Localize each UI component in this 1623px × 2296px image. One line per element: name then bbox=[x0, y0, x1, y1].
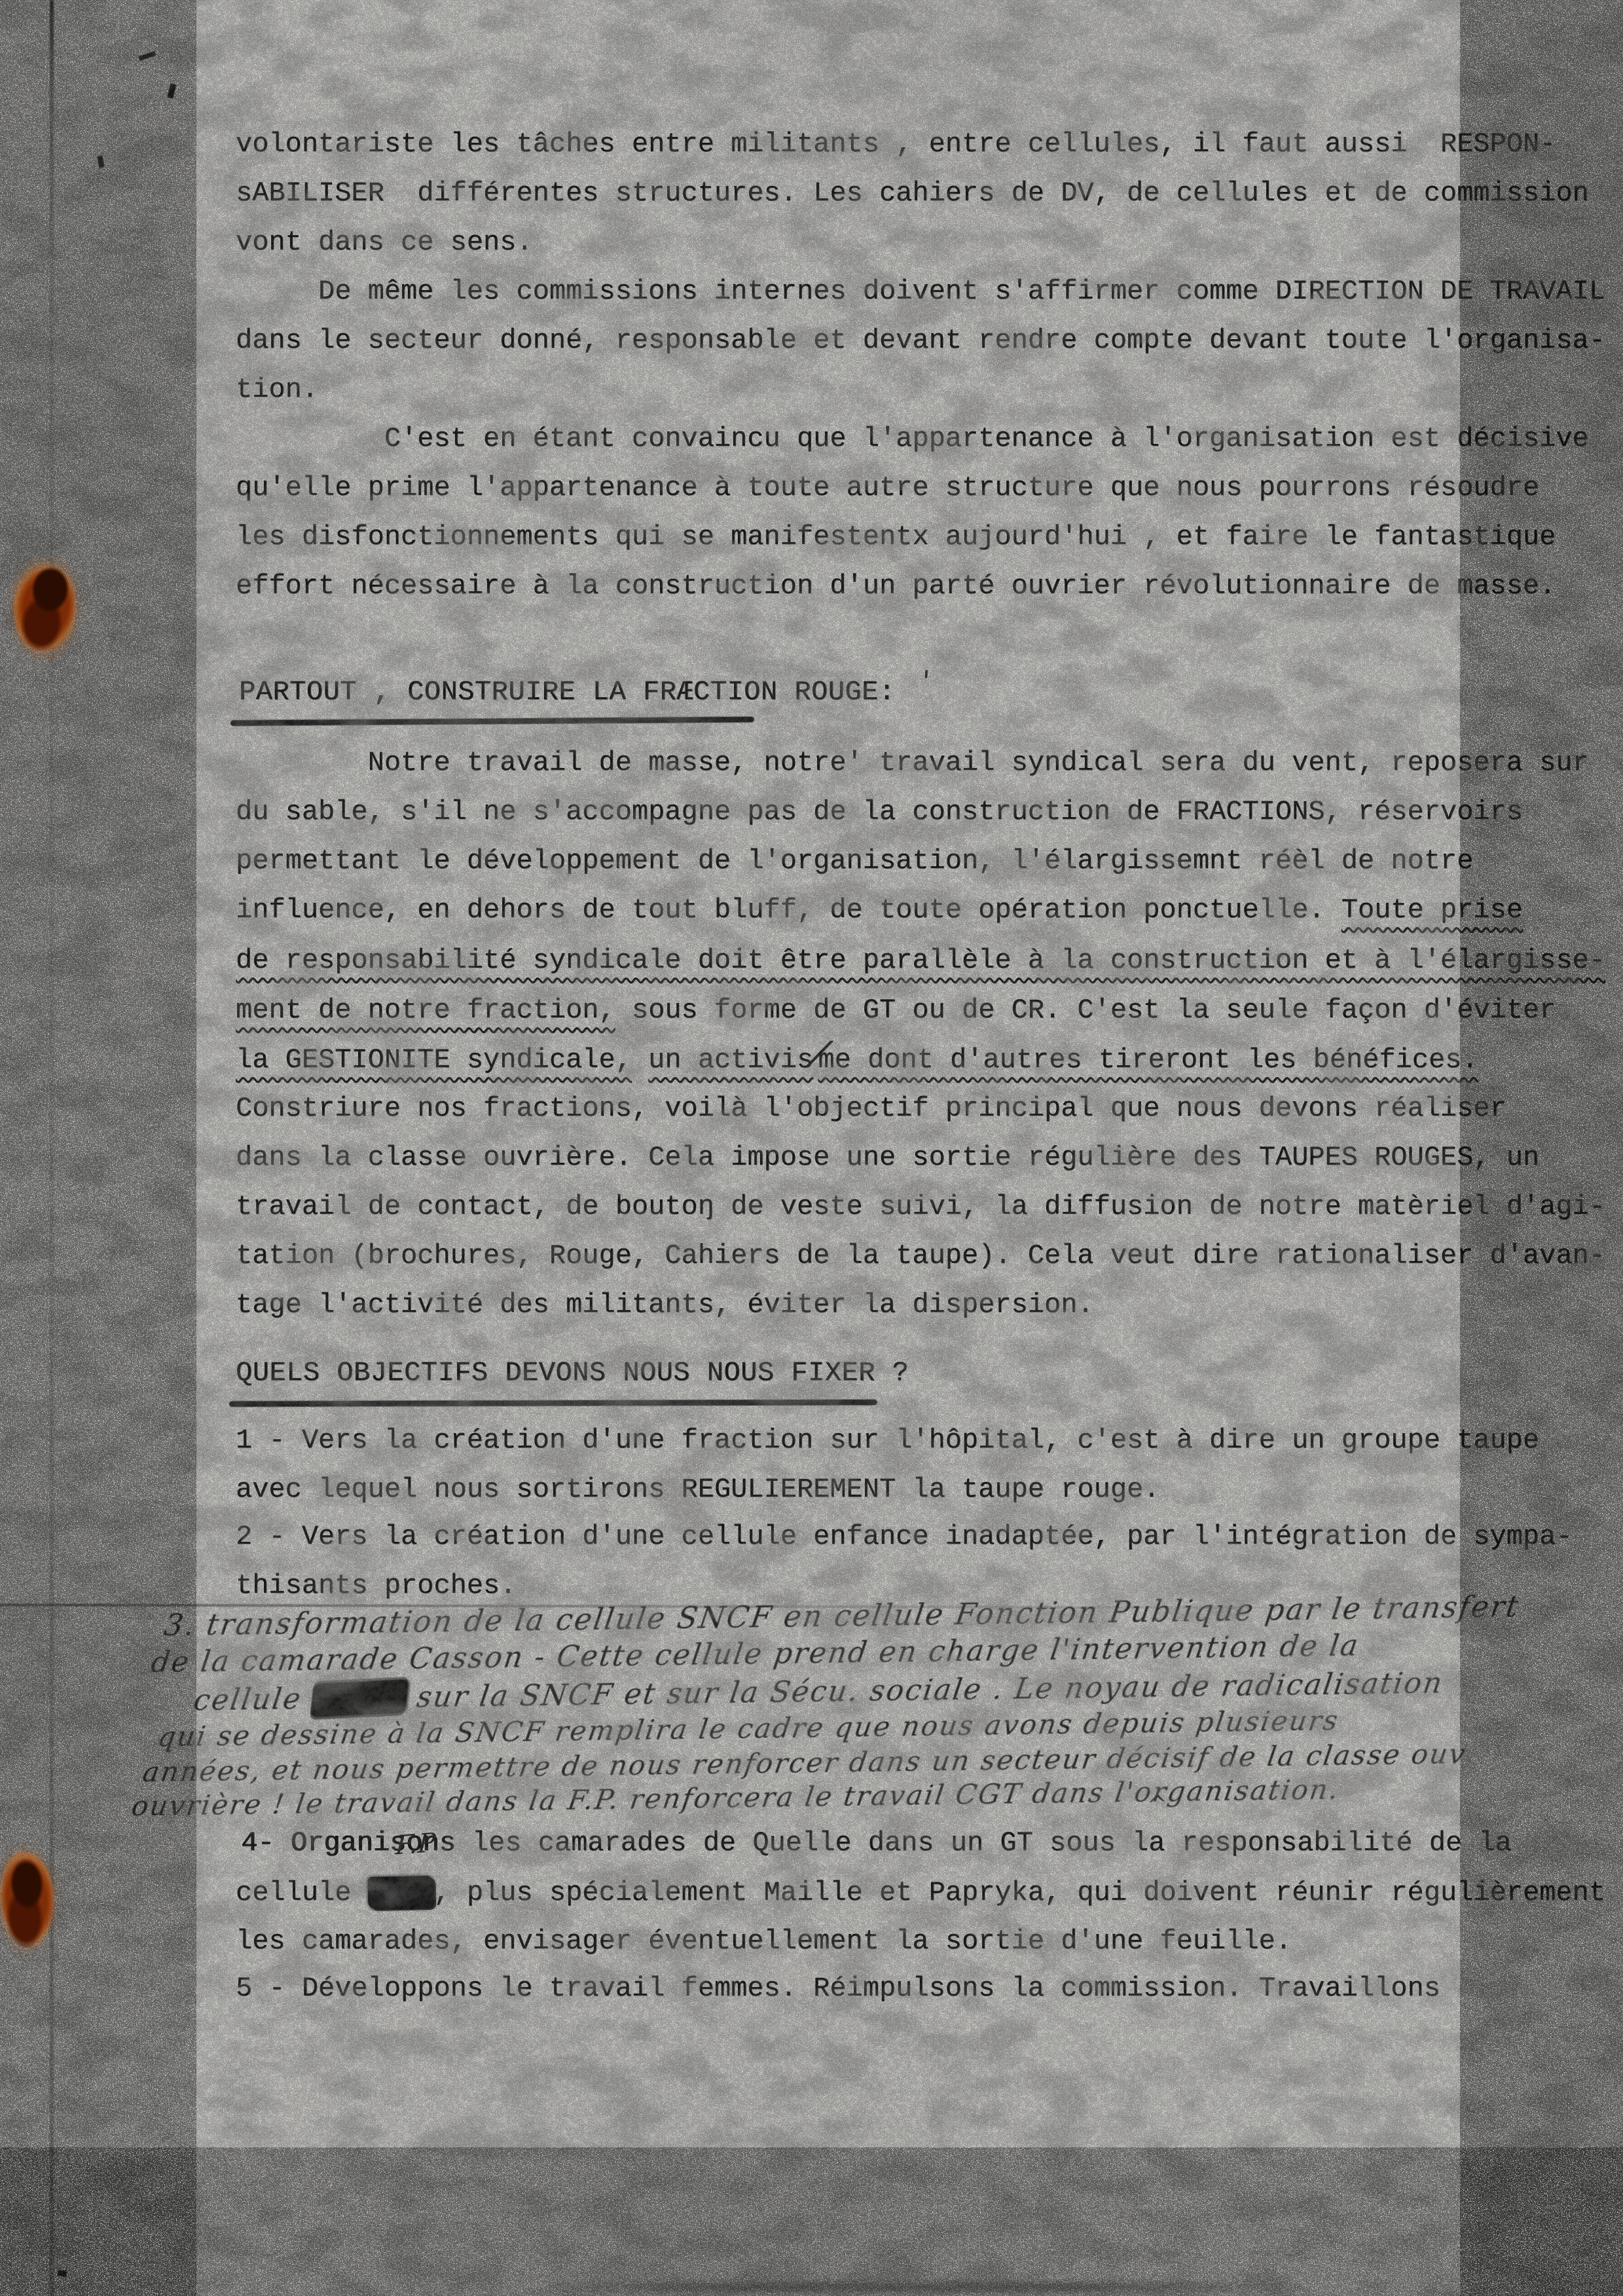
handwritten-segment: cellule bbox=[192, 1682, 316, 1717]
handwritten-layer: 3. transformation de la cellule SNCF en … bbox=[0, 0, 1623, 2296]
hand-apostrophe-mark: ' bbox=[921, 665, 931, 699]
scribbled-word: SNCF bbox=[310, 1679, 408, 1717]
document-page: volontariste les tâches entre militants … bbox=[0, 0, 1623, 2296]
handwritten-insertion-fp: F.P bbox=[394, 1828, 436, 1861]
hand-caret-mark: ^ bbox=[1146, 1791, 1168, 1819]
